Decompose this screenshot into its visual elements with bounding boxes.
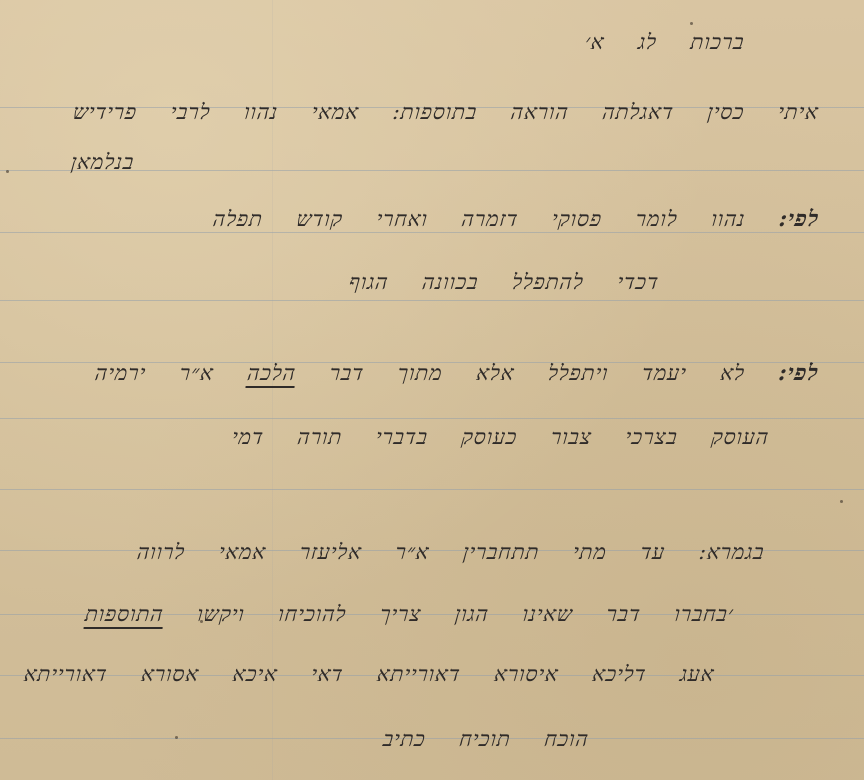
word: דליכא — [591, 662, 648, 686]
paper-speck — [690, 22, 693, 25]
text-line: ׳בחברו דבר שאינו הגון צריך להוכיחו ויקשו… — [58, 602, 735, 627]
word: ואחרי — [375, 207, 429, 231]
word: א״ר — [394, 540, 430, 564]
word: בנלמאן — [70, 150, 136, 174]
word: בדברי — [375, 425, 429, 449]
word: דאגלתה — [602, 100, 676, 124]
paper-speck — [6, 170, 9, 173]
text-line: אעג דליכא איסורא דאורייתא דאי איכא אסורא… — [0, 662, 715, 687]
text-line: לפי: לא יעמד ויתפלל אלא מתוך דבר הלכה א״… — [68, 360, 821, 386]
word: דבר — [606, 602, 643, 626]
word: יעמד — [641, 361, 688, 385]
word: תתחברין — [461, 540, 540, 564]
heading-line: ברכות לג א׳ — [557, 30, 745, 55]
ruled-line — [0, 232, 864, 233]
word: איכא — [231, 662, 279, 686]
word: הגוף — [348, 270, 390, 294]
word: לרווה — [135, 540, 186, 564]
word: דבר — [329, 361, 366, 385]
word: אליעזר — [298, 540, 363, 564]
word: הלכה — [246, 361, 298, 388]
word: ויתפלל — [547, 361, 610, 385]
word: אלא — [475, 361, 516, 385]
word: קודש — [295, 207, 344, 231]
word: איסורא — [493, 662, 560, 686]
notebook-page: ברכות לג א׳ איתי כסין דאגלתה הוראה בתוספ… — [0, 0, 864, 780]
word: אעג — [678, 662, 715, 686]
text-line: לפי: נהוו לומר פסוקי דזמרה ואחרי קודש תפ… — [185, 206, 820, 232]
word: מתוך — [397, 361, 444, 385]
word: נהוו — [243, 100, 279, 124]
word: ירמיה — [94, 361, 148, 385]
word: בכוונה — [421, 270, 480, 294]
word: ׳בחברו — [674, 602, 736, 626]
text-line: איתי כסין דאגלתה הוראה בתוספות: אמאי נהו… — [46, 100, 820, 125]
word: לפי: — [777, 206, 820, 232]
word: תורה — [296, 425, 343, 449]
text-line: בגמרא: עד מתי תתחברין א״ר אליעזר אמאי לר… — [109, 540, 765, 565]
word: בצרכי — [624, 425, 679, 449]
word: עד — [639, 540, 666, 564]
word: א״ר — [179, 361, 215, 385]
ruled-line — [0, 418, 864, 419]
paper-speck — [175, 736, 178, 739]
word: צריך — [379, 602, 423, 626]
word: הוכח — [543, 727, 590, 751]
word: דאי — [310, 662, 344, 686]
word: מתי — [571, 540, 607, 564]
word: דאורייתא — [22, 662, 108, 686]
text-line: דכדי להתפלל בכוונה הגוף — [322, 270, 661, 295]
text-line: העוסק בצרכי צבור כעוסק בדברי תורה דמי — [205, 425, 771, 450]
word: נהוו — [710, 207, 746, 231]
paper-speck — [200, 620, 203, 623]
word: פסוקי — [551, 207, 604, 231]
heading-word: לג — [636, 30, 657, 54]
text-line: בנלמאן — [43, 150, 135, 175]
word: פרידיש — [72, 100, 139, 124]
word: העוסק — [710, 425, 770, 449]
word: אסורא — [139, 662, 199, 686]
word: דזמרה — [460, 207, 519, 231]
word: איתי — [777, 100, 820, 124]
word: הגון — [454, 602, 490, 626]
word: להתפלל — [511, 270, 585, 294]
word: בגמרא: — [697, 540, 765, 564]
word: צבור — [550, 425, 593, 449]
word: לא — [719, 361, 746, 385]
word: אמאי — [311, 100, 361, 124]
ruled-line — [0, 300, 864, 301]
word: לפי: — [777, 360, 820, 386]
word: לרבי — [170, 100, 212, 124]
word: כעוסק — [460, 425, 518, 449]
word: תפלה — [212, 207, 264, 231]
word: דמי — [231, 425, 265, 449]
word: לומר — [634, 207, 678, 231]
word: הוראה — [510, 100, 570, 124]
heading-word: א׳ — [583, 30, 605, 54]
text-line: הוכח תוכיח כתיב — [356, 727, 590, 752]
word: התוספות — [84, 602, 165, 629]
word: תוכיח — [458, 727, 512, 751]
word: כתיב — [382, 727, 427, 751]
word: בתוספות: — [392, 100, 479, 124]
word: אמאי — [217, 540, 267, 564]
word: כסין — [707, 100, 747, 124]
paper-speck — [840, 500, 843, 503]
word: דכדי — [616, 270, 660, 294]
ruled-line — [0, 489, 864, 490]
heading-word: ברכות — [689, 30, 745, 54]
word: שאינו — [522, 602, 575, 626]
word: להוכיחו — [277, 602, 348, 626]
word: דאורייתא — [375, 662, 461, 686]
word: ויקשו — [196, 602, 246, 626]
